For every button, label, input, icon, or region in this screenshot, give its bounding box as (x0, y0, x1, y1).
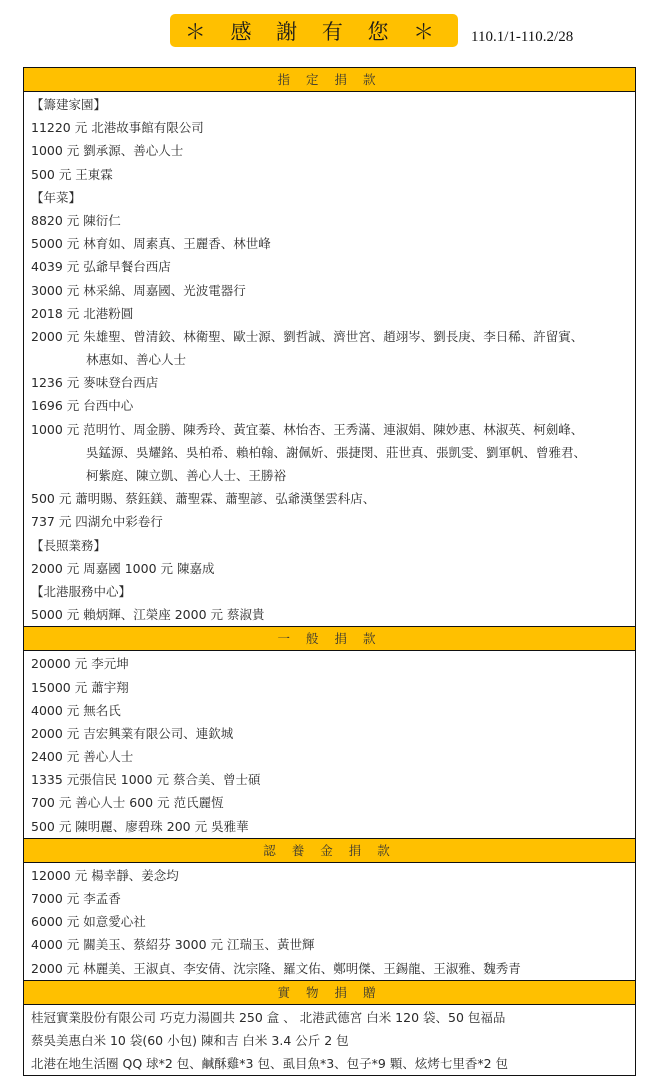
donor-line: 1696 元 台西中心 (24, 394, 635, 417)
section-header-general-donations: 一 般 捐 款 (24, 626, 635, 651)
donor-line-continuation: 柯紫庭、陳立凱、善心人士、王勝裕 (24, 464, 635, 487)
section-body-sponsorship-donations: 12000 元 楊幸靜、姜念均7000 元 李孟香6000 元 如意愛心社400… (24, 863, 635, 980)
donor-line: 5000 元 林育如、周素真、王麗香、林世峰 (24, 232, 635, 255)
donor-line: 2000 元 林麗美、王淑貞、李安倩、沈宗隆、羅文佑、鄭明傑、王錫龍、王淑雅、魏… (24, 957, 635, 980)
donor-line: 5000 元 賴炳輝、江榮座 2000 元 蔡淑貴 (24, 603, 635, 626)
section-body-in-kind-donations: 桂冠實業股份有限公司 巧克力湯圓共 250 盒 、 北港武德宮 白米 120 袋… (24, 1005, 635, 1076)
donor-line: 737 元 四湖允中彩卷行 (24, 510, 635, 533)
section-header-in-kind-donations: 實 物 捐 贈 (24, 980, 635, 1005)
donation-table: 指 定 捐 款【籌建家園】11220 元 北港故事館有限公司1000 元 劉承源… (23, 67, 636, 1076)
donor-line: 【長照業務】 (24, 534, 635, 557)
donor-line: 20000 元 李元坤 (24, 652, 635, 675)
donor-line: 2000 元 周嘉國 1000 元 陳嘉成 (24, 557, 635, 580)
donor-line: 2000 元 吉宏興業有限公司、連欽城 (24, 722, 635, 745)
donor-line: 【籌建家園】 (24, 93, 635, 116)
title-banner: ＊ 感 謝 有 您 ＊ (170, 14, 458, 47)
donor-line: 2400 元 善心人士 (24, 745, 635, 768)
section-header-designated-donations: 指 定 捐 款 (24, 68, 635, 92)
donor-line: 北港在地生活圈 QQ 球*2 包、鹹酥雞*3 包、虱目魚*3、包子*9 顆、炫烤… (24, 1052, 635, 1075)
section-body-general-donations: 20000 元 李元坤15000 元 蕭宇翔4000 元 無名氏2000 元 吉… (24, 651, 635, 838)
donor-line: 700 元 善心人士 600 元 范氏麗恆 (24, 791, 635, 814)
donor-line: 蔡吳美惠白米 10 袋(60 小包) 陳和吉 白米 3.4 公斤 2 包 (24, 1029, 635, 1052)
donor-line: 11220 元 北港故事館有限公司 (24, 116, 635, 139)
donor-line: 12000 元 楊幸靜、姜念均 (24, 864, 635, 887)
page-title: ＊ 感 謝 有 您 ＊ (185, 16, 443, 46)
date-range: 110.1/1-110.2/28 (471, 29, 573, 46)
donor-line: 500 元 王東霖 (24, 163, 635, 186)
donor-line: 3000 元 林采綿、周嘉國、光波電器行 (24, 279, 635, 302)
donor-line: 4039 元 弘爺早餐台西店 (24, 255, 635, 278)
donor-line-continuation: 林惠如、善心人士 (24, 348, 635, 371)
donor-line: 6000 元 如意愛心社 (24, 910, 635, 933)
donor-line: 8820 元 陳衍仁 (24, 209, 635, 232)
donor-line-continuation: 吳錳源、吳耀銘、吳柏希、賴柏翰、謝佩妡、張捷閔、莊世真、張凱雯、劉軍帆、曾雅君、 (24, 441, 635, 464)
section-header-sponsorship-donations: 認 養 金 捐 款 (24, 838, 635, 863)
donor-line: 桂冠實業股份有限公司 巧克力湯圓共 250 盒 、 北港武德宮 白米 120 袋… (24, 1006, 635, 1029)
donor-line: 1000 元 劉承源、善心人士 (24, 139, 635, 162)
donor-line: 1335 元張信民 1000 元 蔡合美、曾士碩 (24, 768, 635, 791)
donor-line: 2000 元 朱雄聖、曾清鉸、林衛聖、歐士源、劉哲誠、濟世宮、趙翊岑、劉長庚、李… (24, 325, 635, 348)
donor-line: 4000 元 關美玉、蔡紹芬 3000 元 江瑞玉、黃世輝 (24, 933, 635, 956)
donor-line: 【年菜】 (24, 186, 635, 209)
donor-line: 500 元 蕭明賜、蔡鈺鎂、蕭聖霖、蕭聖諺、弘爺漢堡雲科店、 (24, 487, 635, 510)
donor-line: 15000 元 蕭宇翔 (24, 676, 635, 699)
donor-line: 4000 元 無名氏 (24, 699, 635, 722)
donor-line: 500 元 陳明麗、廖碧珠 200 元 吳雅華 (24, 815, 635, 838)
donor-line: 1000 元 范明竹、周金勝、陳秀玲、黃宜蓁、林怡杏、王秀滿、連淑娟、陳妙惠、林… (24, 418, 635, 441)
donor-line: 1236 元 麥味登台西店 (24, 371, 635, 394)
donor-line: 【北港服務中心】 (24, 580, 635, 603)
donor-line: 7000 元 李孟香 (24, 887, 635, 910)
donor-line: 2018 元 北港粉圓 (24, 302, 635, 325)
section-body-designated-donations: 【籌建家園】11220 元 北港故事館有限公司1000 元 劉承源、善心人士50… (24, 92, 635, 626)
